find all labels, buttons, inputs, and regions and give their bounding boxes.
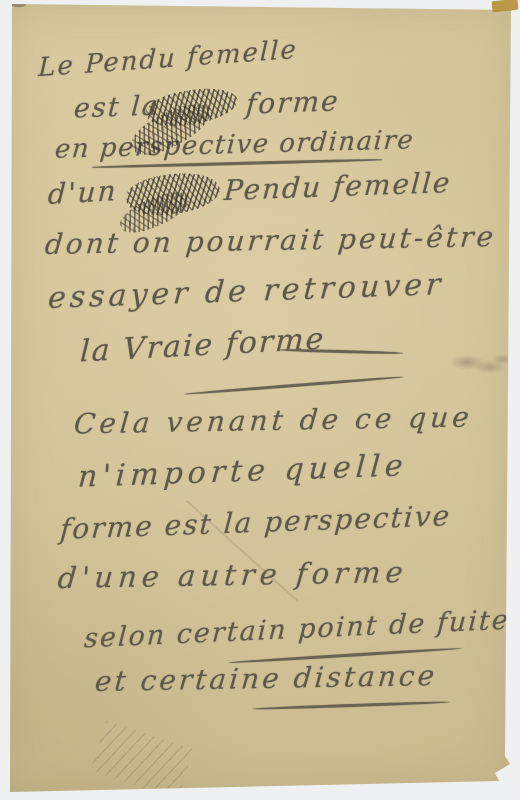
paper-corner-stain-top-right bbox=[491, 0, 518, 12]
handwritten-line-13: et certaine distance bbox=[94, 659, 439, 698]
handwritten-line-4-start: d'un bbox=[47, 174, 118, 211]
pencil-smudge-right bbox=[448, 348, 512, 380]
handwritten-line-2-end: forme bbox=[245, 84, 341, 120]
handwritten-line-11: d'une autre forme bbox=[57, 555, 410, 595]
manuscript-paper-sheet: Le Pendu femelle est la forme en perspec… bbox=[0, 0, 520, 800]
handwritten-line-8: Cela venant de ce que bbox=[73, 400, 475, 440]
scanned-manuscript-page: Le Pendu femelle est la forme en perspec… bbox=[0, 0, 520, 800]
